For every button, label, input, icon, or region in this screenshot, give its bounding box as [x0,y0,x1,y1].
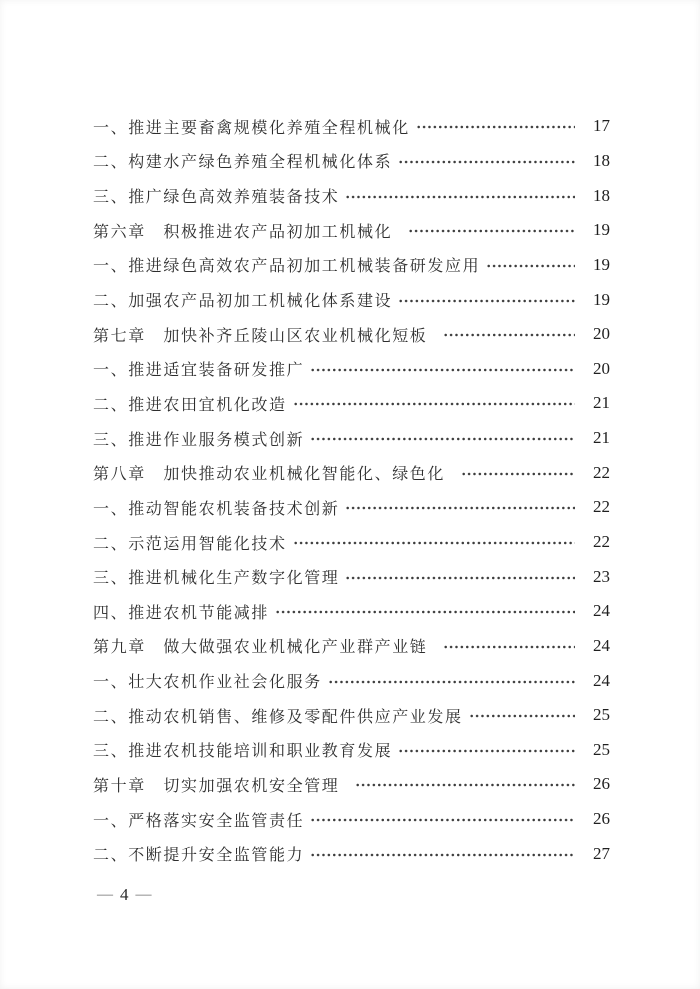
dot-leader [407,223,575,239]
toc-row-chapter: 第七章 加快补齐丘陵山区农业机械化短板 20 [93,317,610,352]
toc-entry-title: 二、加强农产品初加工机械化体系建设 [93,288,392,311]
toc-chapter-title: 第十章 切实加强农机安全管理 [93,773,339,796]
dot-leader [309,431,575,447]
toc-entry-page: 19 [584,220,610,240]
toc-entry-page: 22 [584,532,610,552]
toc-row-item: 一、推进主要畜禽规模化养殖全程机械化 17 [93,109,610,144]
toc-entry-title: 二、推进农田宜机化改造 [93,392,287,415]
dot-leader [292,396,575,412]
toc-entry-page: 25 [584,705,610,725]
toc-row-item: 二、推动农机销售、维修及零配件供应产业发展 25 [93,698,610,733]
toc-entry-page: 22 [584,463,610,483]
dot-leader [485,258,575,274]
toc-entry-title: 二、构建水产绿色养殖全程机械化体系 [93,149,392,172]
toc-entry-page: 21 [584,428,610,448]
dot-leader [460,466,575,482]
toc-entry-title: 二、不断提升安全监管能力 [93,842,304,865]
toc-entry-title: 一、推进绿色高效农产品初加工机械装备研发应用 [93,253,480,276]
toc-entry-title: 四、推进农机节能减排 [93,600,269,623]
dot-leader [309,362,575,378]
toc-entry-page: 27 [584,844,610,864]
toc-row-item: 三、推进机械化生产数字化管理 23 [93,559,610,594]
dot-leader [354,777,575,793]
toc-row-chapter: 第八章 加快推动农业机械化智能化、绿色化 22 [93,455,610,490]
footer-left-dash: — [97,886,113,904]
toc-entry-title: 一、推进主要畜禽规模化养殖全程机械化 [93,115,410,138]
toc-row-item: 三、推进作业服务模式创新 21 [93,421,610,456]
toc-chapter-title: 第九章 做大做强农业机械化产业群产业链 [93,634,427,657]
footer-page-number: 4 [120,885,129,905]
dot-leader [397,154,575,170]
dot-leader [309,812,575,828]
toc-entry-page: 21 [584,393,610,413]
toc-entry-page: 18 [584,186,610,206]
document-page: 一、推进主要畜禽规模化养殖全程机械化 17 二、构建水产绿色养殖全程机械化体系 … [0,0,700,989]
dot-leader [327,674,575,690]
dot-leader [309,847,575,863]
table-of-contents: 一、推进主要畜禽规模化养殖全程机械化 17 二、构建水产绿色养殖全程机械化体系 … [93,109,610,871]
dot-leader [468,708,575,724]
dot-leader [397,743,575,759]
toc-row-item: 二、示范运用智能化技术 22 [93,525,610,560]
toc-entry-page: 19 [584,255,610,275]
toc-entry-page: 24 [584,601,610,621]
toc-entry-title: 三、推进农机技能培训和职业教育发展 [93,738,392,761]
dot-leader [442,327,575,343]
toc-entry-title: 二、推动农机销售、维修及零配件供应产业发展 [93,704,463,727]
toc-entry-page: 23 [584,567,610,587]
toc-row-item: 一、推进适宜装备研发推广 20 [93,351,610,386]
toc-entry-page: 20 [584,359,610,379]
toc-row-chapter: 第十章 切实加强农机安全管理 26 [93,767,610,802]
toc-row-item: 三、推进农机技能培训和职业教育发展 25 [93,733,610,768]
dot-leader [274,604,575,620]
toc-row-item: 一、严格落实安全监管责任 26 [93,802,610,837]
toc-row-item: 三、推广绿色高效养殖装备技术 18 [93,178,610,213]
toc-row-item: 四、推进农机节能减排 24 [93,594,610,629]
toc-entry-page: 24 [584,671,610,691]
toc-row-chapter: 第六章 积极推进农产品初加工机械化 19 [93,213,610,248]
toc-chapter-title: 第八章 加快推动农业机械化智能化、绿色化 [93,461,445,484]
page-footer: — 4 — [97,885,152,905]
toc-chapter-title: 第六章 积极推进农产品初加工机械化 [93,219,392,242]
toc-row-chapter: 第九章 做大做强农业机械化产业群产业链 24 [93,629,610,664]
dot-leader [344,570,575,586]
toc-entry-page: 22 [584,497,610,517]
dot-leader [292,535,575,551]
dot-leader [442,639,575,655]
toc-entry-page: 17 [584,116,610,136]
dot-leader [397,293,575,309]
toc-row-item: 一、壮大农机作业社会化服务 24 [93,663,610,698]
toc-entry-page: 26 [584,809,610,829]
toc-row-item: 一、推动智能农机装备技术创新 22 [93,490,610,525]
toc-entry-title: 一、严格落实安全监管责任 [93,808,304,831]
toc-entry-page: 19 [584,290,610,310]
toc-entry-title: 一、推进适宜装备研发推广 [93,357,304,380]
toc-entry-page: 18 [584,151,610,171]
dot-leader [344,189,575,205]
toc-entry-title: 三、推广绿色高效养殖装备技术 [93,184,339,207]
dot-leader [344,500,575,516]
toc-row-item: 二、推进农田宜机化改造 21 [93,386,610,421]
toc-row-item: 二、构建水产绿色养殖全程机械化体系 18 [93,144,610,179]
toc-entry-page: 20 [584,324,610,344]
toc-entry-page: 25 [584,740,610,760]
toc-entry-title: 二、示范运用智能化技术 [93,531,287,554]
toc-entry-page: 24 [584,636,610,656]
toc-entry-title: 三、推进作业服务模式创新 [93,427,304,450]
toc-row-item: 二、加强农产品初加工机械化体系建设 19 [93,282,610,317]
toc-row-item: 二、不断提升安全监管能力 27 [93,836,610,871]
toc-entry-title: 一、推动智能农机装备技术创新 [93,496,339,519]
toc-entry-title: 一、壮大农机作业社会化服务 [93,669,322,692]
toc-row-item: 一、推进绿色高效农产品初加工机械装备研发应用 19 [93,248,610,283]
footer-right-dash: — [136,886,152,904]
toc-chapter-title: 第七章 加快补齐丘陵山区农业机械化短板 [93,323,427,346]
toc-entry-title: 三、推进机械化生产数字化管理 [93,565,339,588]
dot-leader [415,119,575,135]
toc-entry-page: 26 [584,774,610,794]
